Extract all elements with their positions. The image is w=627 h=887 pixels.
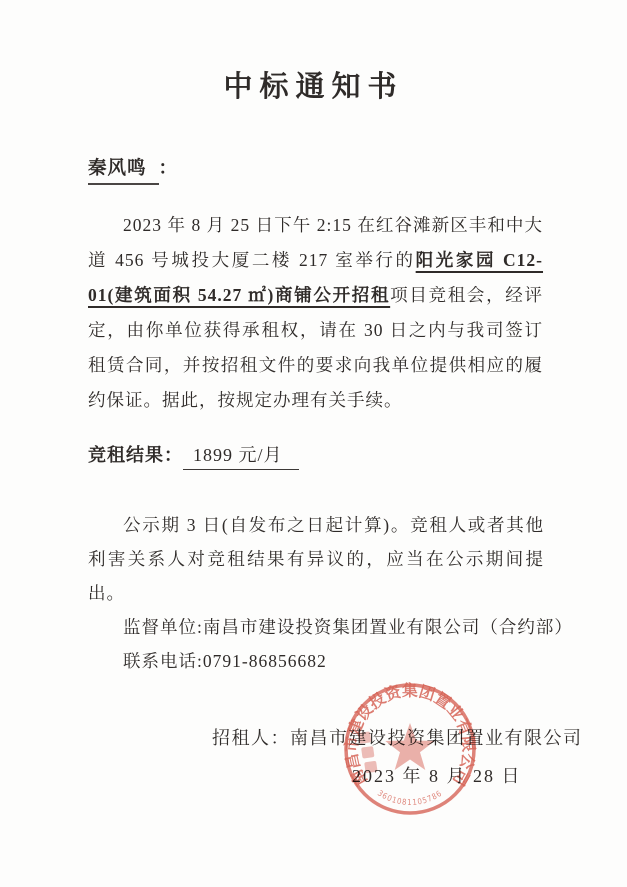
page-title: 中标通知书 [0, 64, 627, 105]
salutation-colon: ： [159, 159, 179, 179]
bid-result-value: 1899 元/月 [183, 441, 299, 470]
notice-paragraph: 公示期 3 日(自发布之日起计算)。竞租人或者其他利害关系人对竞租结果有异议的，… [88, 508, 544, 610]
date-line: 2023 年 8 月 28 日 [352, 762, 522, 788]
svg-text:3601081105786: 3601081105786 [376, 788, 444, 807]
bid-result-label: 竞租结果： [88, 445, 183, 465]
lessor-line: 招租人：南昌市建设投资集团置业有限公司 [212, 724, 583, 750]
body-paragraph: 2023 年 8 月 25 日下午 2:15 在红谷滩新区丰和中大道 456 号… [88, 208, 543, 418]
document-page: 中标通知书 秦风鸣： 2023 年 8 月 25 日下午 2:15 在红谷滩新区… [0, 0, 627, 887]
addressee-name: 秦风鸣 [88, 154, 159, 185]
stamp-serial-number: 3601081105786 [376, 788, 444, 807]
supervisor-line: 监督单位:南昌市建设投资集团置业有限公司（合约部） [88, 610, 544, 644]
notice-block: 公示期 3 日(自发布之日起计算)。竞租人或者其他利害关系人对竞租结果有异议的，… [88, 508, 544, 678]
bid-result-row: 竞租结果：1899 元/月 [88, 441, 299, 470]
phone-line: 联系电话:0791-86856682 [88, 644, 544, 678]
salutation: 秦风鸣： [88, 154, 178, 185]
